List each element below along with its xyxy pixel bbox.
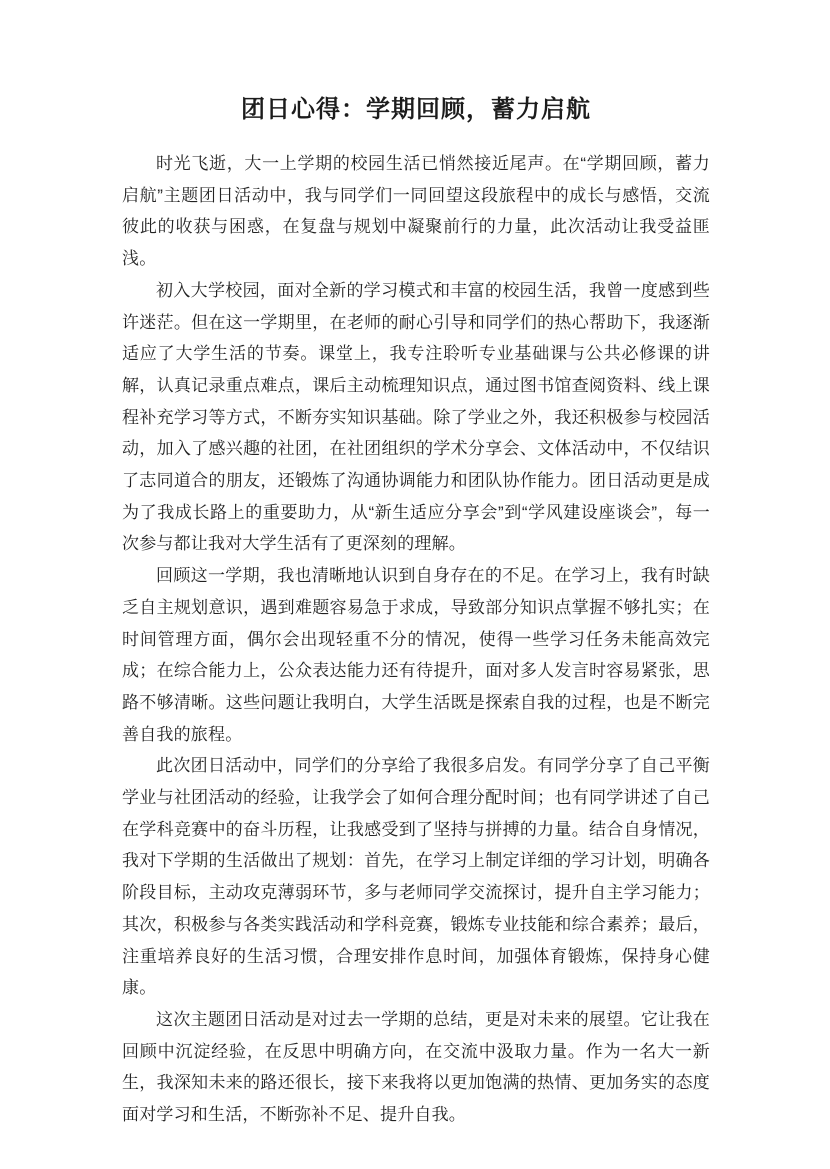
body-paragraph: 这次主题团日活动是对过去一学期的总结，更是对未来的展望。它让我在回顾中沉淀经验，… [122,1004,710,1131]
document-body: 时光飞逝，大一上学期的校园生活已悄然接近尾声。在“学期回顾，蓄力启航”主题团日活… [122,148,710,1131]
document-page: 团日心得：学期回顾，蓄力启航 时光飞逝，大一上学期的校园生活已悄然接近尾声。在“… [0,0,830,1169]
body-paragraph: 时光飞逝，大一上学期的校园生活已悄然接近尾声。在“学期回顾，蓄力启航”主题团日活… [122,148,710,275]
body-paragraph: 初入大学校园，面对全新的学习模式和丰富的校园生活，我曾一度感到些许迷茫。但在这一… [122,275,710,560]
body-paragraph: 回顾这一学期，我也清晰地认识到自身存在的不足。在学习上，我有时缺乏自主规划意识，… [122,560,710,750]
document-title: 团日心得：学期回顾，蓄力启航 [122,93,710,127]
body-paragraph: 此次团日活动中，同学们的分享给了我很多启发。有同学分享了自己平衡学业与社团活动的… [122,750,710,1004]
